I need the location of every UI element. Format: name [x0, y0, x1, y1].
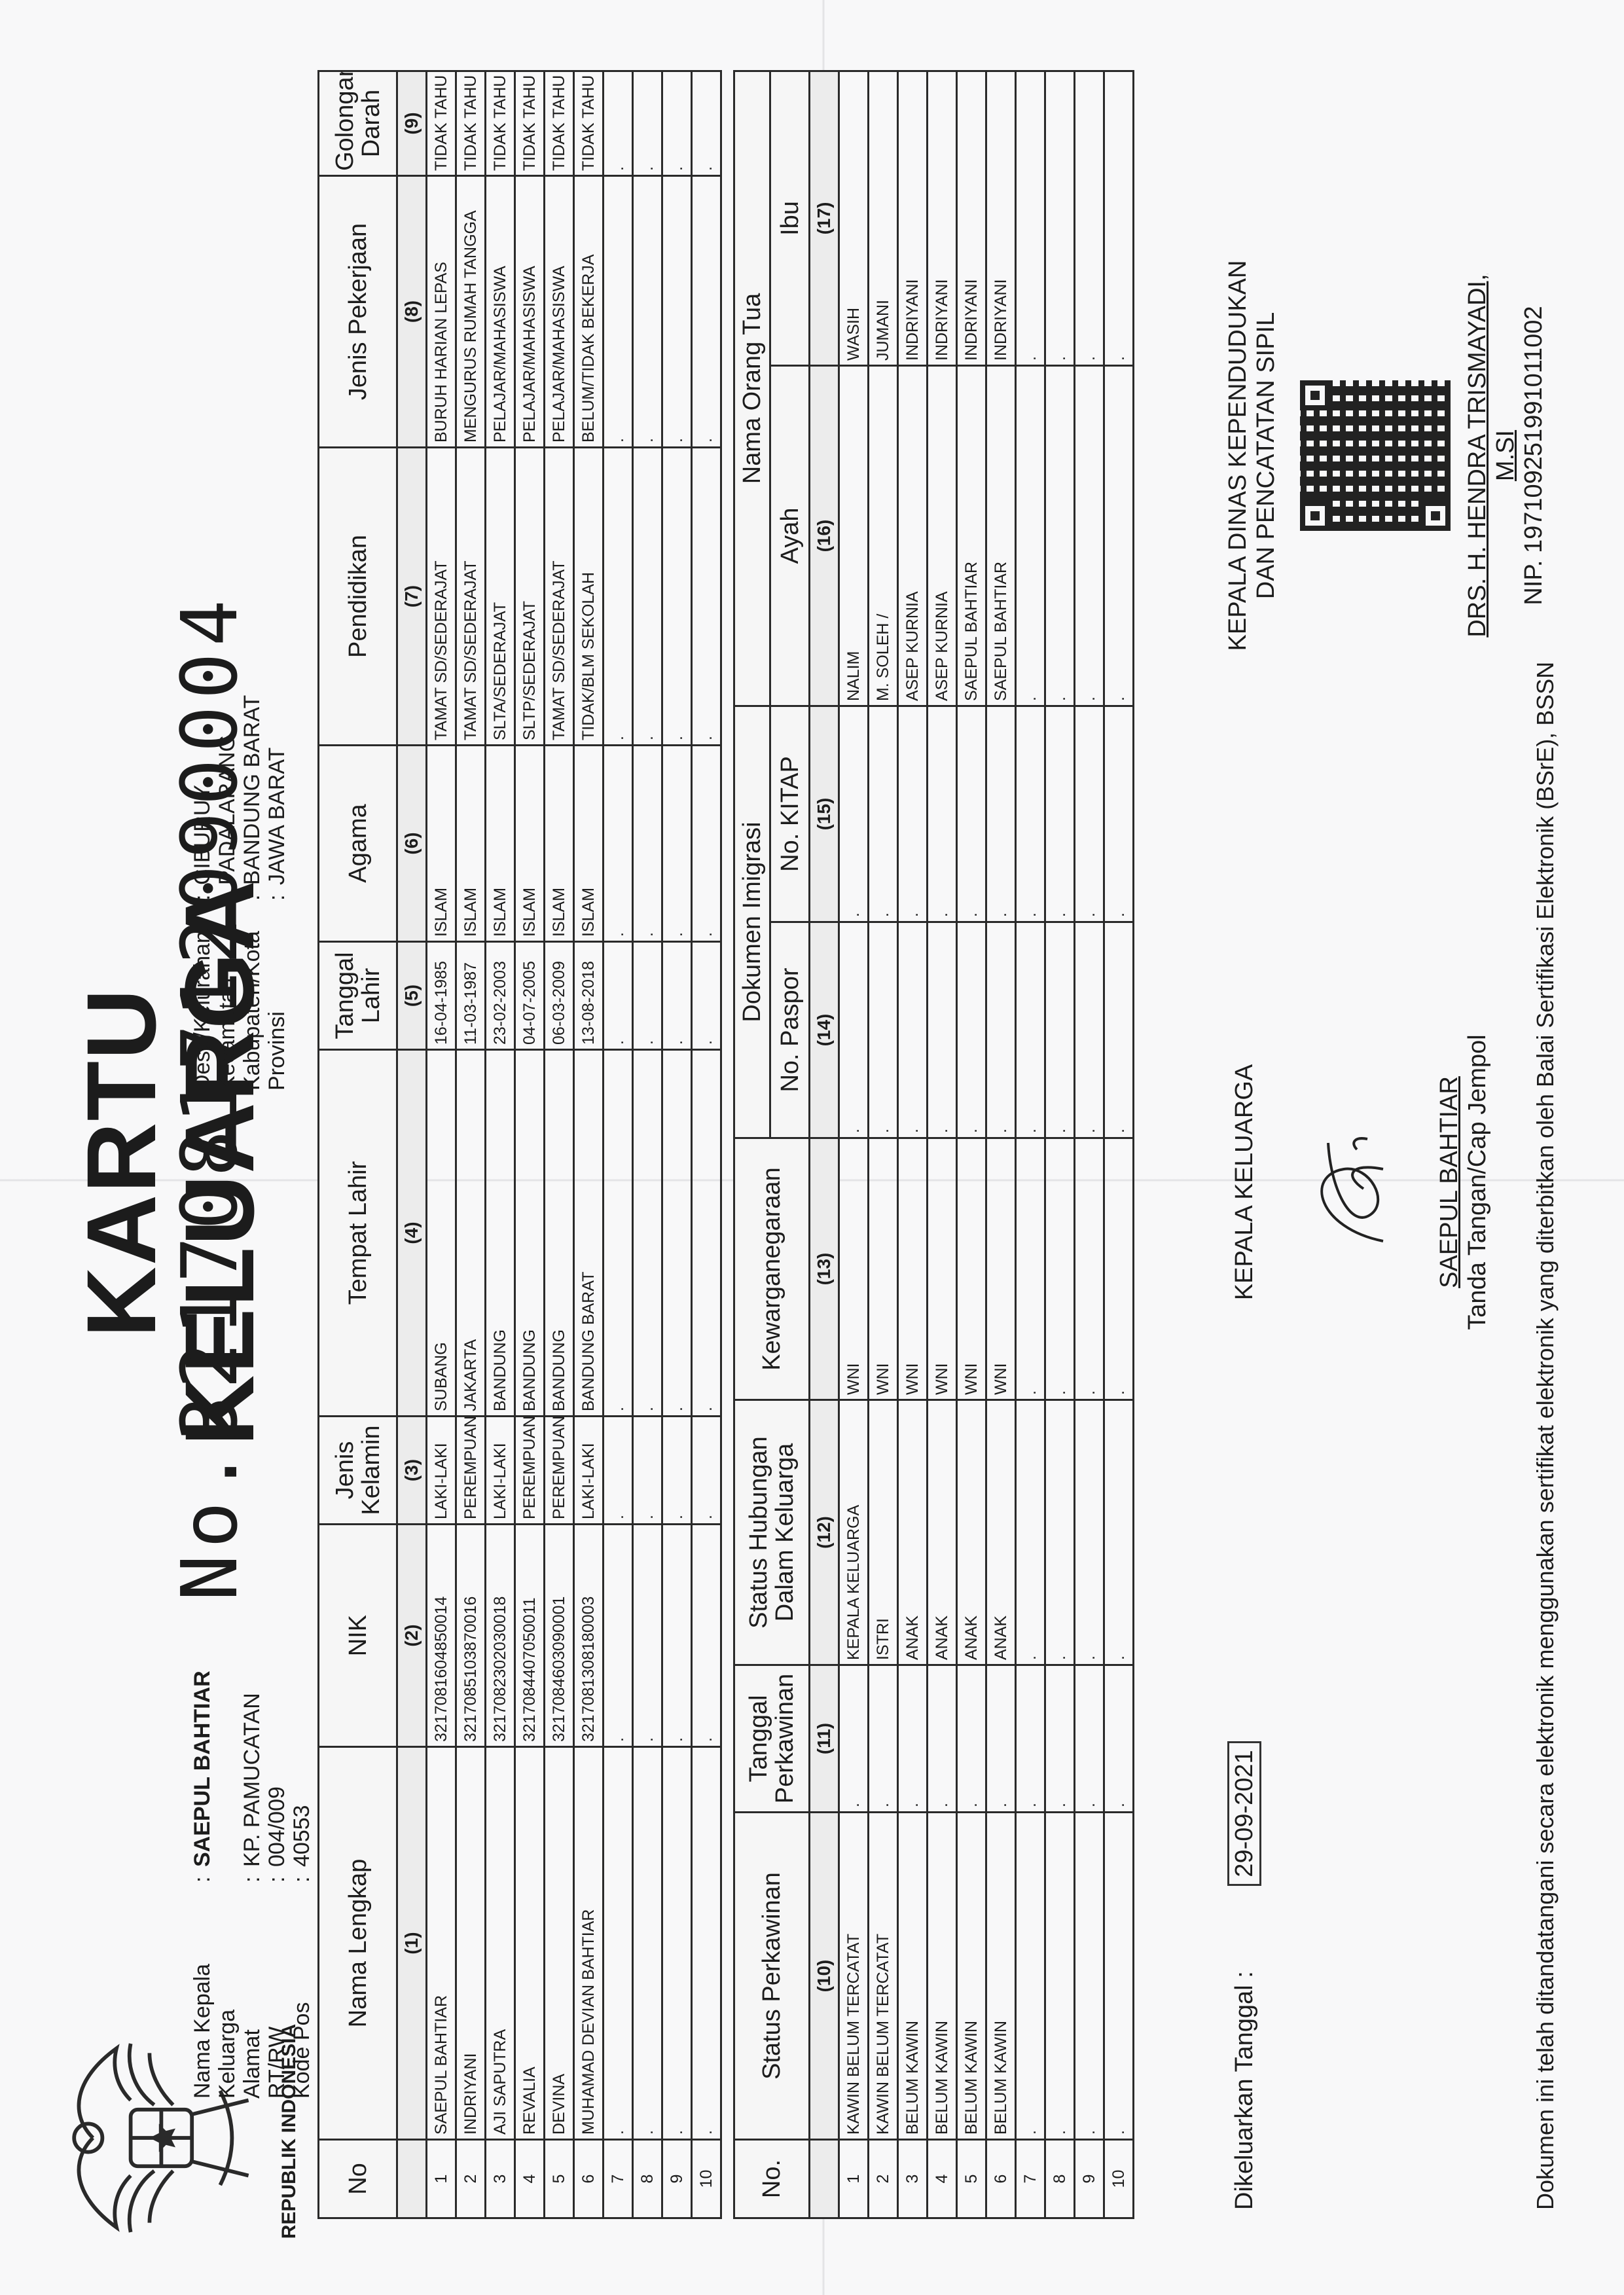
table-cell: .: [692, 1417, 721, 1525]
table-cell: M. SOLEH /: [869, 366, 898, 706]
table-cell: ISLAM: [427, 746, 456, 942]
table-cell: .: [1075, 1665, 1104, 1813]
info-value: BANDUNG BARAT: [240, 695, 264, 885]
table-cell: BANDUNG BARAT: [574, 1050, 604, 1417]
table-cell: .: [1104, 1813, 1134, 2140]
table-cell: BANDUNG: [486, 1050, 515, 1417]
table-cell: .: [1075, 922, 1104, 1138]
table-row: 3AJI SAPUTRA3217082302030018LAKI-LAKIBAN…: [486, 71, 515, 2218]
table-cell: .: [1045, 706, 1075, 922]
table-cell: LAKI-LAKI: [574, 1417, 604, 1525]
table-cell: .: [692, 448, 721, 746]
table-cell: .: [1075, 1813, 1104, 2140]
table-cell: .: [1104, 366, 1134, 706]
info-row-kode-pos: Kode Pos: 40553: [289, 1671, 314, 2099]
table-cell: 23-02-2003: [486, 942, 515, 1050]
col-subheader: No. Paspor: [770, 922, 810, 1138]
info-row-kecamatan: Kecamatan: PADALARANG: [215, 695, 240, 1091]
table-cell: INDRIYANI: [898, 71, 928, 365]
head-family-signature-block: KEPALA KELUARGA SAEPUL BAHTIAR Tanda Tan…: [1231, 1019, 1492, 1346]
header-right-info: Desa/Kelurahan: CIBURUY Kecamatan: PADAL…: [190, 695, 289, 1091]
table-cell: .: [692, 746, 721, 942]
table-row: 4BELUM KAWIN.ANAKWNI..ASEP KURNIAINDRIYA…: [928, 71, 957, 2218]
table-cell: ISLAM: [545, 746, 574, 942]
table-cell: .: [1045, 366, 1075, 706]
issued-date: 29-09-2021: [1227, 1741, 1261, 1885]
table-cell: NALIM: [839, 366, 869, 706]
table-cell: .: [604, 448, 633, 746]
table-cell: .: [1045, 71, 1075, 365]
table-cell: .: [839, 922, 869, 1138]
col-header: Tanggal Perkawinan: [734, 1665, 810, 1813]
table-cell: AJI SAPUTRA: [486, 1747, 515, 2140]
table-cell: .: [1016, 922, 1045, 1138]
info-label: Kabupaten/Kota: [240, 901, 264, 1091]
info-label: Kecamatan: [215, 901, 240, 1091]
table-cell: .: [633, 1747, 662, 2140]
info-row-kabupaten: Kabupaten/Kota: BANDUNG BARAT: [240, 695, 264, 1091]
column-number-row: (1)(2)(3)(4)(5)(6)(7)(8)(9): [397, 71, 427, 2218]
table-cell: ISLAM: [486, 746, 515, 942]
table-cell: .: [986, 706, 1016, 922]
table-cell: .: [1104, 1400, 1134, 1665]
table-cell: .: [604, 1417, 633, 1525]
table-row: 2KAWIN BELUM TERCATAT.ISTRIWNI..M. SOLEH…: [869, 71, 898, 2218]
col-header: Tanggal Lahir: [319, 942, 397, 1050]
col-subheader: No. KITAP: [770, 706, 810, 922]
table-cell: PEREMPUAN: [456, 1417, 486, 1525]
table-cell: WNI: [869, 1138, 898, 1400]
info-label: Desa/Kelurahan: [190, 901, 215, 1091]
table-cell: PEREMPUAN: [515, 1417, 545, 1525]
table-row: 9.........: [662, 71, 692, 2218]
table-cell: .: [898, 706, 928, 922]
table-header-row: No. Status Perkawinan Tanggal Perkawinan…: [734, 71, 770, 2218]
table-cell: .: [604, 1747, 633, 2140]
table-row: 1KAWIN BELUM TERCATAT.KEPALA KELUARGAWNI…: [839, 71, 869, 2218]
table-cell: PEREMPUAN: [545, 1417, 574, 1525]
column-number: (15): [810, 706, 839, 922]
col-header: No.: [734, 2140, 810, 2218]
info-value: CIBURUY: [190, 695, 215, 885]
table-cell: .: [633, 71, 662, 176]
table-cell: .: [662, 448, 692, 746]
official-title-line2: DAN PENCATATAN SIPIL: [1252, 253, 1280, 659]
table-cell: .: [1075, 706, 1104, 922]
table-cell: 5: [545, 2140, 574, 2218]
column-number: (2): [397, 1525, 427, 1747]
table-cell: ANAK: [957, 1400, 986, 1665]
column-number: (4): [397, 1050, 427, 1417]
table-cell: .: [1104, 706, 1134, 922]
table-row: 1SAEPUL BAHTIAR3217081604850014LAKI-LAKI…: [427, 71, 456, 2218]
table-cell: 06-03-2009: [545, 942, 574, 1050]
head-family-title: KEPALA KELUARGA: [1231, 1019, 1259, 1346]
table-cell: 13-08-2018: [574, 942, 604, 1050]
col-header: Dokumen Imigrasi: [734, 706, 770, 1138]
column-number: (1): [397, 1747, 427, 2140]
table-cell: 10: [692, 2140, 721, 2218]
table-cell: .: [604, 176, 633, 448]
table-cell: .: [692, 1747, 721, 2140]
table-cell: 2: [456, 2140, 486, 2218]
table-cell: BELUM KAWIN: [986, 1813, 1016, 2140]
column-number: [810, 2140, 839, 2218]
table-cell: 3: [898, 2140, 928, 2218]
info-label: Alamat: [240, 1883, 264, 2099]
column-number: (11): [810, 1665, 839, 1813]
table-cell: 3: [486, 2140, 515, 2218]
table-row: 8.........: [633, 71, 662, 2218]
table-row: 5BELUM KAWIN.ANAKWNI..SAEPUL BAHTIARINDR…: [957, 71, 986, 2218]
table-cell: KAWIN BELUM TERCATAT: [839, 1813, 869, 2140]
table-cell: .: [1045, 1665, 1075, 1813]
col-header: NIK: [319, 1525, 397, 1747]
col-header: Nama Lengkap: [319, 1747, 397, 2140]
issued-label: Dikeluarkan Tanggal :: [1231, 1971, 1258, 2210]
col-header: Status Perkawinan: [734, 1813, 810, 2140]
table-cell: .: [604, 1050, 633, 1417]
table-cell: .: [898, 1665, 928, 1813]
col-header: Golongan Darah: [319, 71, 397, 176]
table-cell: .: [869, 1665, 898, 1813]
table-cell: 3217084603090001: [545, 1525, 574, 1747]
table-cell: ISLAM: [574, 746, 604, 942]
info-row-rtrw: RT/RW: 004/009: [264, 1671, 289, 2099]
kk-number-label: No.: [164, 1442, 255, 1601]
column-number: (16): [810, 366, 839, 706]
table-cell: PELAJAR/MAHASISWA: [486, 176, 515, 448]
table-cell: INDRIYANI: [928, 71, 957, 365]
table-cell: LAKI-LAKI: [486, 1417, 515, 1525]
table-cell: .: [1016, 1138, 1045, 1400]
info-label: Kode Pos: [289, 1883, 314, 2099]
table-cell: 5: [957, 2140, 986, 2218]
info-row-alamat: Alamat: KP. PAMUCATAN: [240, 1671, 264, 2099]
header-left-info: Nama Kepala Keluarga: SAEPUL BAHTIAR Ala…: [190, 1671, 314, 2099]
table-cell: ASEP KURNIA: [928, 366, 957, 706]
table-cell: .: [633, 1417, 662, 1525]
table-cell: SLTA/SEDERAJAT: [486, 448, 515, 746]
table-row: 7.........: [604, 71, 633, 2218]
table-cell: .: [662, 1525, 692, 1747]
table-cell: .: [662, 746, 692, 942]
column-number-row: (10)(11)(12)(13)(14)(15)(16)(17): [810, 71, 839, 2218]
table-cell: .: [957, 1665, 986, 1813]
column-number: (5): [397, 942, 427, 1050]
table-cell: LAKI-LAKI: [427, 1417, 456, 1525]
table-cell: ISTRI: [869, 1400, 898, 1665]
table-cell: JAKARTA: [456, 1050, 486, 1417]
table-cell: .: [1016, 1400, 1045, 1665]
table-cell: .: [839, 706, 869, 922]
column-number: (6): [397, 746, 427, 942]
table-cell: .: [1104, 922, 1134, 1138]
table-cell: ISLAM: [515, 746, 545, 942]
table-cell: .: [633, 942, 662, 1050]
table-cell: 1: [427, 2140, 456, 2218]
info-value: SAEPUL BAHTIAR: [190, 1671, 240, 1867]
table-cell: .: [692, 1050, 721, 1417]
table-cell: 8: [1045, 2140, 1075, 2218]
table-cell: .: [928, 922, 957, 1138]
table-cell: 4: [515, 2140, 545, 2218]
table-cell: .: [604, 1525, 633, 1747]
table-cell: JUMANI: [869, 71, 898, 365]
table-cell: .: [692, 942, 721, 1050]
table-cell: .: [1075, 1400, 1104, 1665]
table-cell: 04-07-2005: [515, 942, 545, 1050]
table-cell: ANAK: [986, 1400, 1016, 1665]
table-cell: TIDAK TAHU: [574, 71, 604, 176]
table-cell: MUHAMAD DEVIAN BAHTIAR: [574, 1747, 604, 2140]
table-cell: WNI: [957, 1138, 986, 1400]
info-value: PADALARANG: [215, 695, 240, 885]
table-cell: .: [1045, 1813, 1075, 2140]
table-cell: .: [1104, 71, 1134, 365]
table-cell: WNI: [839, 1138, 869, 1400]
head-family-name: SAEPUL BAHTIAR: [1435, 1019, 1464, 1346]
table-row: 5DEVINA3217084603090001PEREMPUANBANDUNG0…: [545, 71, 574, 2218]
table-cell: .: [604, 942, 633, 1050]
table-cell: ISLAM: [456, 746, 486, 942]
table-cell: 6: [574, 2140, 604, 2218]
table-cell: .: [869, 706, 898, 922]
table-cell: TIDAK TAHU: [427, 71, 456, 176]
table-cell: TIDAK TAHU: [515, 71, 545, 176]
col-header: Status Hubungan Dalam Keluarga: [734, 1400, 810, 1665]
table-cell: 7: [1016, 2140, 1045, 2218]
col-header: No: [319, 2140, 397, 2218]
table-cell: .: [1016, 706, 1045, 922]
table-row: 8........: [1045, 71, 1075, 2218]
table-cell: TIDAK/BLM SEKOLAH: [574, 448, 604, 746]
table-cell: .: [1045, 1138, 1075, 1400]
col-header: Tempat Lahir: [319, 1050, 397, 1417]
table-header-row: No Nama Lengkap NIK Jenis Kelamin Tempat…: [319, 71, 397, 2218]
column-number: (8): [397, 176, 427, 448]
table-row: 3BELUM KAWIN.ANAKWNI..ASEP KURNIAINDRIYA…: [898, 71, 928, 2218]
table-cell: .: [986, 1665, 1016, 1813]
table-row: 2INDRIYANI3217085103870016PEREMPUANJAKAR…: [456, 71, 486, 2218]
info-value: KP. PAMUCATAN: [240, 1671, 264, 1867]
table-cell: DEVINA: [545, 1747, 574, 2140]
table-cell: REVALIA: [515, 1747, 545, 2140]
table-cell: INDRIYANI: [986, 71, 1016, 365]
table-cell: BELUM/TIDAK BEKERJA: [574, 176, 604, 448]
table-cell: BELUM KAWIN: [957, 1813, 986, 2140]
official-title: KEPALA DINAS KEPENDUDUKAN: [1224, 253, 1252, 659]
table-cell: 1: [839, 2140, 869, 2218]
head-family-caption: Tanda Tangan/Cap Jempol: [1464, 1019, 1492, 1346]
table-cell: TAMAT SD/SEDERAJAT: [427, 448, 456, 746]
table-cell: 3217082302030018: [486, 1525, 515, 1747]
table-cell: .: [1045, 922, 1075, 1138]
table-cell: 3217085103870016: [456, 1525, 486, 1747]
table-cell: .: [1075, 71, 1104, 365]
table-cell: .: [662, 1417, 692, 1525]
table-row: 4REVALIA3217084407050011PEREMPUANBANDUNG…: [515, 71, 545, 2218]
issued-date-block: Dikeluarkan Tanggal : 29-09-2021: [1231, 1741, 1259, 2210]
table-cell: .: [662, 71, 692, 176]
column-number: (3): [397, 1417, 427, 1525]
column-number: (14): [810, 922, 839, 1138]
table-cell: TAMAT SD/SEDERAJAT: [456, 448, 486, 746]
table-cell: .: [662, 1050, 692, 1417]
table-cell: 3217081604850014: [427, 1525, 456, 1747]
table-cell: 2: [869, 2140, 898, 2218]
table-cell: WNI: [928, 1138, 957, 1400]
table-cell: KEPALA KELUARGA: [839, 1400, 869, 1665]
table-cell: SAEPUL BAHTIAR: [957, 366, 986, 706]
table-cell: WASIH: [839, 71, 869, 365]
info-row-kepala-keluarga: Nama Kepala Keluarga: SAEPUL BAHTIAR: [190, 1671, 240, 2099]
table-cell: .: [1104, 1138, 1134, 1400]
info-value: JAWA BARAT: [264, 695, 289, 885]
table-cell: WNI: [898, 1138, 928, 1400]
column-number: (13): [810, 1138, 839, 1400]
table-cell: .: [839, 1665, 869, 1813]
table-cell: BURUH HARIAN LEPAS: [427, 176, 456, 448]
table-cell: 7: [604, 2140, 633, 2218]
table-cell: .: [1016, 366, 1045, 706]
kartu-keluarga-page: REPUBLIK INDONESIA Nama Kepala Keluarga:…: [0, 0, 1624, 2295]
table-cell: TIDAK TAHU: [456, 71, 486, 176]
table-cell: .: [1075, 366, 1104, 706]
table-cell: .: [633, 176, 662, 448]
table-cell: INDRIYANI: [456, 1747, 486, 2140]
table-cell: .: [898, 922, 928, 1138]
info-row-desa: Desa/Kelurahan: CIBURUY: [190, 695, 215, 1091]
table-cell: ANAK: [928, 1400, 957, 1665]
official-name: DRS. H. HENDRA TRISMAYADI, M.SI: [1464, 253, 1520, 659]
table-cell: .: [928, 706, 957, 922]
table-cell: .: [692, 1525, 721, 1747]
table-cell: .: [1016, 71, 1045, 365]
col-header: Jenis Kelamin: [319, 1417, 397, 1525]
table-cell: 6: [986, 2140, 1016, 2218]
table-cell: SUBANG: [427, 1050, 456, 1417]
table-cell: 9: [1075, 2140, 1104, 2218]
table-cell: 9: [662, 2140, 692, 2218]
table-cell: .: [986, 922, 1016, 1138]
column-number: (12): [810, 1400, 839, 1665]
table-cell: .: [662, 176, 692, 448]
table-cell: ASEP KURNIA: [898, 366, 928, 706]
table-cell: BELUM KAWIN: [928, 1813, 957, 2140]
table-cell: BELUM KAWIN: [898, 1813, 928, 2140]
table-cell: .: [692, 176, 721, 448]
table-cell: 4: [928, 2140, 957, 2218]
table-cell: MENGURUS RUMAH TANGGA: [456, 176, 486, 448]
column-number: (9): [397, 71, 427, 176]
table-cell: ANAK: [898, 1400, 928, 1665]
table-cell: .: [633, 1525, 662, 1747]
table-cell: 8: [633, 2140, 662, 2218]
col-header: Nama Orang Tua: [734, 71, 770, 706]
column-number: [397, 2140, 427, 2218]
column-number: (7): [397, 448, 427, 746]
table-cell: .: [604, 71, 633, 176]
table-row: 7........: [1016, 71, 1045, 2218]
column-number: (17): [810, 71, 839, 365]
col-header: Kewarganegaraan: [734, 1138, 810, 1400]
table-cell: WNI: [986, 1138, 1016, 1400]
table-cell: .: [604, 746, 633, 942]
table-cell: .: [692, 71, 721, 176]
table-cell: TAMAT SD/SEDERAJAT: [545, 448, 574, 746]
table-cell: TIDAK TAHU: [545, 71, 574, 176]
col-subheader: Ayah: [770, 366, 810, 706]
table-cell: PELAJAR/MAHASISWA: [515, 176, 545, 448]
info-value: 40553: [289, 1671, 314, 1867]
table-row: 10.........: [692, 71, 721, 2218]
col-header: Pendidikan: [319, 448, 397, 746]
table-cell: .: [928, 1665, 957, 1813]
table-cell: .: [1104, 1665, 1134, 1813]
table-cell: .: [662, 1747, 692, 2140]
family-status-table: No. Status Perkawinan Tanggal Perkawinan…: [733, 70, 1134, 2219]
table-cell: BANDUNG: [515, 1050, 545, 1417]
table-row: 6MUHAMAD DEVIAN BAHTIAR3217081308180003L…: [574, 71, 604, 2218]
info-label: RT/RW: [264, 1883, 289, 2099]
table-cell: TIDAK TAHU: [486, 71, 515, 176]
table-cell: 3217081308180003: [574, 1525, 604, 1747]
table-cell: KAWIN BELUM TERCATAT: [869, 1813, 898, 2140]
table-cell: SLTP/SEDERAJAT: [515, 448, 545, 746]
table-cell: .: [869, 922, 898, 1138]
family-members-table: No Nama Lengkap NIK Jenis Kelamin Tempat…: [317, 70, 722, 2219]
electronic-signature-disclaimer: Dokumen ini telah ditandatangani secara …: [1532, 50, 1559, 2210]
column-number: (10): [810, 1813, 839, 2140]
table-cell: 16-04-1985: [427, 942, 456, 1050]
table-cell: PELAJAR/MAHASISWA: [545, 176, 574, 448]
table-cell: .: [662, 942, 692, 1050]
table-cell: .: [1075, 1138, 1104, 1400]
table-row: 9........: [1075, 71, 1104, 2218]
table-cell: BANDUNG: [545, 1050, 574, 1417]
table-row: 6BELUM KAWIN.ANAKWNI..SAEPUL BAHTIARINDR…: [986, 71, 1016, 2218]
table-cell: .: [1016, 1813, 1045, 2140]
table-cell: .: [1045, 1400, 1075, 1665]
table-cell: SAEPUL BAHTIAR: [986, 366, 1016, 706]
official-signature-block: KEPALA DINAS KEPENDUDUKAN DAN PENCATATAN…: [1224, 253, 1548, 659]
col-header: Jenis Pekerjaan: [319, 176, 397, 448]
table-row: 10........: [1104, 71, 1134, 2218]
col-header: Agama: [319, 746, 397, 942]
table-cell: .: [957, 922, 986, 1138]
table-cell: 10: [1104, 2140, 1134, 2218]
table-cell: INDRIYANI: [957, 71, 986, 365]
info-label: Nama Kepala Keluarga: [190, 1883, 240, 2099]
signature-icon: [1291, 1097, 1422, 1267]
table-cell: .: [633, 1050, 662, 1417]
table-cell: 11-03-1987: [456, 942, 486, 1050]
table-cell: .: [957, 706, 986, 922]
info-value: 004/009: [264, 1671, 289, 1867]
qr-code-icon: [1300, 380, 1451, 531]
table-cell: SAEPUL BAHTIAR: [427, 1747, 456, 2140]
table-cell: .: [633, 746, 662, 942]
info-row-provinsi: Provinsi: JAWA BARAT: [264, 695, 289, 1091]
col-subheader: Ibu: [770, 71, 810, 365]
table-cell: .: [633, 448, 662, 746]
table-cell: 3217084407050011: [515, 1525, 545, 1747]
info-label: Provinsi: [264, 901, 289, 1091]
table-cell: .: [1016, 1665, 1045, 1813]
